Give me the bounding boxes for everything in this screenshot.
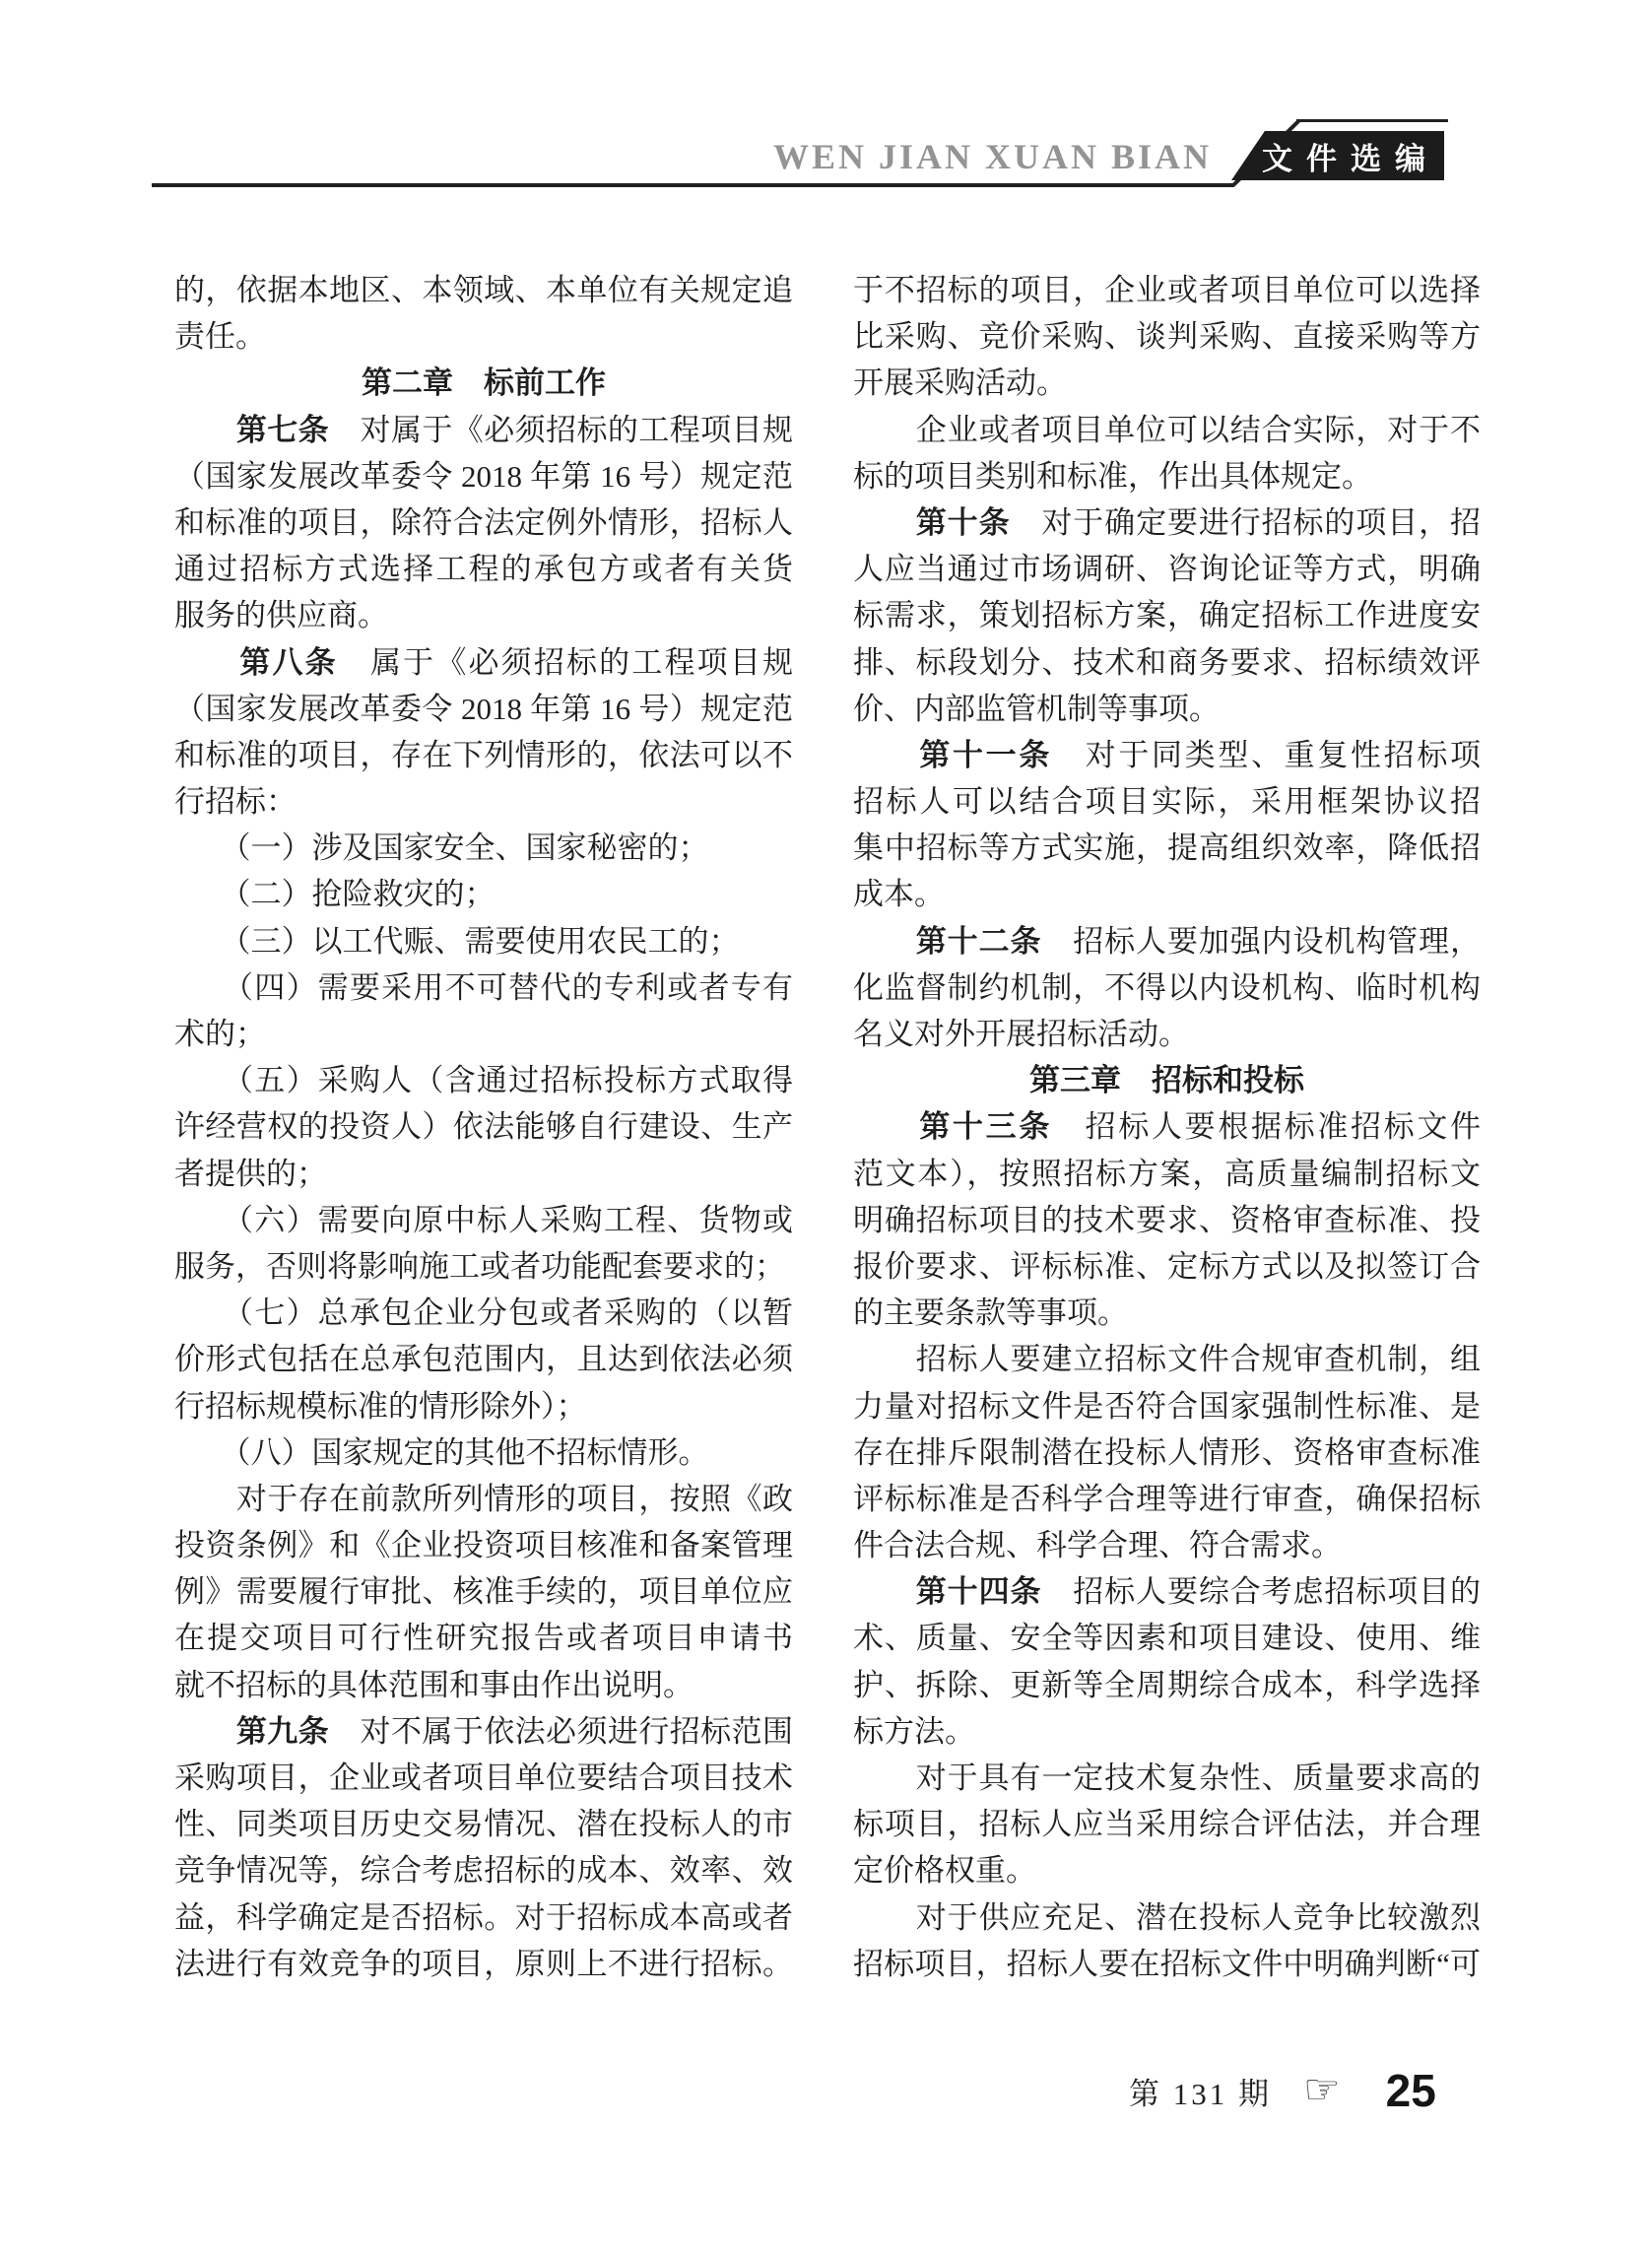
text-line: 件合法合规、科学合理、符合需求。 [853, 1522, 1481, 1568]
text-line: 对于具有一定技术复杂性、质量要求高的招 [853, 1755, 1481, 1801]
text-line: 行招标规模标准的情形除外）； [174, 1383, 793, 1429]
page-footer: 第 131 期 ☞ 25 [1129, 2065, 1436, 2116]
text-line: 成本。 [853, 871, 1481, 917]
text-line: 对于存在前款所列情形的项目，按照《政府 [174, 1476, 793, 1522]
text-line: 投资条例》和《企业投资项目核准和备案管理条 [174, 1522, 793, 1568]
text-line: （国家发展改革委令 2018 年第 16 号）规定范围 [174, 686, 793, 732]
text-line: （二）抢险救灾的； [174, 871, 793, 917]
article-number: 第十一条 [853, 738, 1052, 772]
text-line: 标需求，策划招标方案，确定招标工作进度安 [853, 592, 1481, 638]
text-line: 服务，否则将影响施工或者功能配套要求的； [174, 1243, 793, 1290]
text-line: 标方法。 [853, 1708, 1481, 1755]
text-line: 术的； [174, 1011, 793, 1057]
text-line: 人应当通过市场调研、咨询论证等方式，明确招 [853, 546, 1481, 592]
column-left: 的，依据本地区、本领域、本单位有关规定追究责任。第二章 标前工作 第七条 对属于… [174, 267, 793, 1987]
text-line: 责任。 [174, 313, 793, 360]
text-line: 第十二条 招标人要加强内设机构管理，强 [853, 918, 1481, 964]
page-number: 25 [1386, 2064, 1436, 2117]
text-line: 排、标段划分、技术和商务要求、招标绩效评 [853, 639, 1481, 686]
text-line: 第八条 属于《必须招标的工程项目规定》 [174, 639, 793, 686]
text-line: （国家发展改革委令 2018 年第 16 号）规定范围 [174, 453, 793, 499]
text-line: （六）需要向原中标人采购工程、货物或者 [174, 1197, 793, 1243]
header-rule [152, 183, 1234, 187]
article-number: 第九条 [174, 1714, 329, 1749]
text-line: 化监督制约机制，不得以内设机构、临时机构的 [853, 964, 1481, 1011]
article-number: 第八条 [174, 645, 338, 680]
text-line: 术、质量、安全等因素和项目建设、使用、维 [853, 1615, 1481, 1661]
header-title-box: 文件选编 [1231, 131, 1444, 180]
section-heading: 第二章 标前工作 [174, 360, 793, 406]
text-line: 价形式包括在总承包范围内，且达到依法必须进 [174, 1336, 793, 1382]
page: WEN JIAN XUAN BIAN 文件选编 的，依据本地区、本领域、本单位有… [0, 0, 1652, 2258]
text-line: 在提交项目可行性研究报告或者项目申请书时， [174, 1615, 793, 1661]
text-line: 招标人要建立招标文件合规审查机制，组织 [853, 1336, 1481, 1382]
text-line: （八）国家规定的其他不招标情形。 [174, 1429, 793, 1476]
text-line: 的主要条款等事项。 [853, 1290, 1481, 1336]
text-line: 益，科学确定是否招标。对于招标成本高或者无 [174, 1894, 793, 1941]
text-line: 竞争情况等，综合考虑招标的成本、效率、效 [174, 1847, 793, 1893]
header-cn-title: 文件选编 [1236, 134, 1439, 178]
text-line: 明确招标项目的技术要求、资格审查标准、投标 [853, 1197, 1481, 1243]
text-line: 定价格权重。 [853, 1847, 1481, 1893]
article-number: 第十二条 [853, 924, 1041, 959]
text-line: 对于供应充足、潜在投标人竞争比较激烈的 [853, 1894, 1481, 1941]
text-line: 和标准的项目，存在下列情形的，依法可以不进 [174, 732, 793, 778]
text-line: 报价要求、评标标准、定标方式以及拟签订合同 [853, 1243, 1481, 1290]
text-line: 采购项目，企业或者项目单位要结合项目技术特 [174, 1755, 793, 1801]
text-line: 名义对外开展招标活动。 [853, 1011, 1481, 1057]
header-top-line [1296, 119, 1448, 122]
text-line: 通过招标方式选择工程的承包方或者有关货物、 [174, 546, 793, 592]
text-line: 招标项目，招标人要在招标文件中明确判断“可 [853, 1941, 1481, 1987]
text-line: 于不招标的项目，企业或者项目单位可以选择询 [853, 267, 1481, 313]
header-latin-title: WEN JIAN XUAN BIAN [773, 136, 1212, 177]
article-number: 第十三条 [853, 1109, 1052, 1144]
section-heading: 第三章 招标和投标 [853, 1057, 1481, 1103]
text-line: 价、内部监管机制等事项。 [853, 686, 1481, 732]
text-line: 比采购、竞价采购、谈判采购、直接采购等方式 [853, 313, 1481, 360]
text-line: 存在排斥限制潜在投标人情形、资格审查标准和 [853, 1429, 1481, 1476]
text-line: 标的项目类别和标准，作出具体规定。 [853, 453, 1481, 499]
pointing-hand-icon: ☞ [1303, 2070, 1341, 2111]
text-line: 护、拆除、更新等全周期综合成本，科学选择评 [853, 1662, 1481, 1708]
text-line: 者提供的； [174, 1151, 793, 1197]
text-line: 标项目，招标人应当采用综合评估法，并合理确 [853, 1801, 1481, 1847]
text-line: 服务的供应商。 [174, 592, 793, 638]
text-line: 和标准的项目，除符合法定例外情形，招标人要 [174, 499, 793, 546]
article-number: 第七条 [174, 413, 329, 447]
text-line: （三）以工代赈、需要使用农民工的； [174, 918, 793, 964]
text-line: 就不招标的具体范围和事由作出说明。 [174, 1662, 793, 1708]
text-line: 范文本），按照招标方案，高质量编制招标文件， [853, 1151, 1481, 1197]
text-line: 第九条 对不属于依法必须进行招标范围的 [174, 1708, 793, 1755]
text-line: 力量对招标文件是否符合国家强制性标准、是否 [853, 1383, 1481, 1429]
text-line: 许经营权的投资人）依法能够自行建设、生产或 [174, 1103, 793, 1150]
text-line: 法进行有效竞争的项目，原则上不进行招标。对 [174, 1941, 793, 1987]
text-line: （七）总承包企业分包或者采购的（以暂估 [174, 1290, 793, 1336]
text-line: 第七条 对属于《必须招标的工程项目规定》 [174, 407, 793, 453]
text-line: 第十三条 招标人要根据标准招标文件（示 [853, 1103, 1481, 1150]
text-line: 第十四条 招标人要综合考虑招标项目的技 [853, 1568, 1481, 1615]
text-line: 集中招标等方式实施，提高组织效率，降低招标 [853, 825, 1481, 871]
text-line: 开展采购活动。 [853, 360, 1481, 406]
text-line: 评标标准是否科学合理等进行审查，确保招标文 [853, 1476, 1481, 1522]
text-line: 第十一条 对于同类型、重复性招标项目， [853, 732, 1481, 778]
text-line: （五）采购人（含通过招标投标方式取得特 [174, 1057, 793, 1103]
issue-label: 第 131 期 [1129, 2069, 1272, 2113]
column-right: 于不招标的项目，企业或者项目单位可以选择询比采购、竞价采购、谈判采购、直接采购等… [853, 267, 1481, 1987]
text-line: 的，依据本地区、本领域、本单位有关规定追究 [174, 267, 793, 313]
text-line: 性、同类项目历史交易情况、潜在投标人的市场 [174, 1801, 793, 1847]
text-line: 例》需要履行审批、核准手续的，项目单位应当 [174, 1568, 793, 1615]
text-line: （一）涉及国家安全、国家秘密的； [174, 825, 793, 871]
text-line: 行招标： [174, 778, 793, 825]
text-line: 招标人可以结合项目实际，采用框架协议招标、 [853, 778, 1481, 825]
article-number: 第十四条 [853, 1574, 1041, 1609]
text-line: 第十条 对于确定要进行招标的项目，招标 [853, 499, 1481, 546]
article-number: 第十条 [853, 505, 1010, 540]
text-line: （四）需要采用不可替代的专利或者专有技 [174, 964, 793, 1011]
text-line: 企业或者项目单位可以结合实际，对于不招 [853, 407, 1481, 453]
